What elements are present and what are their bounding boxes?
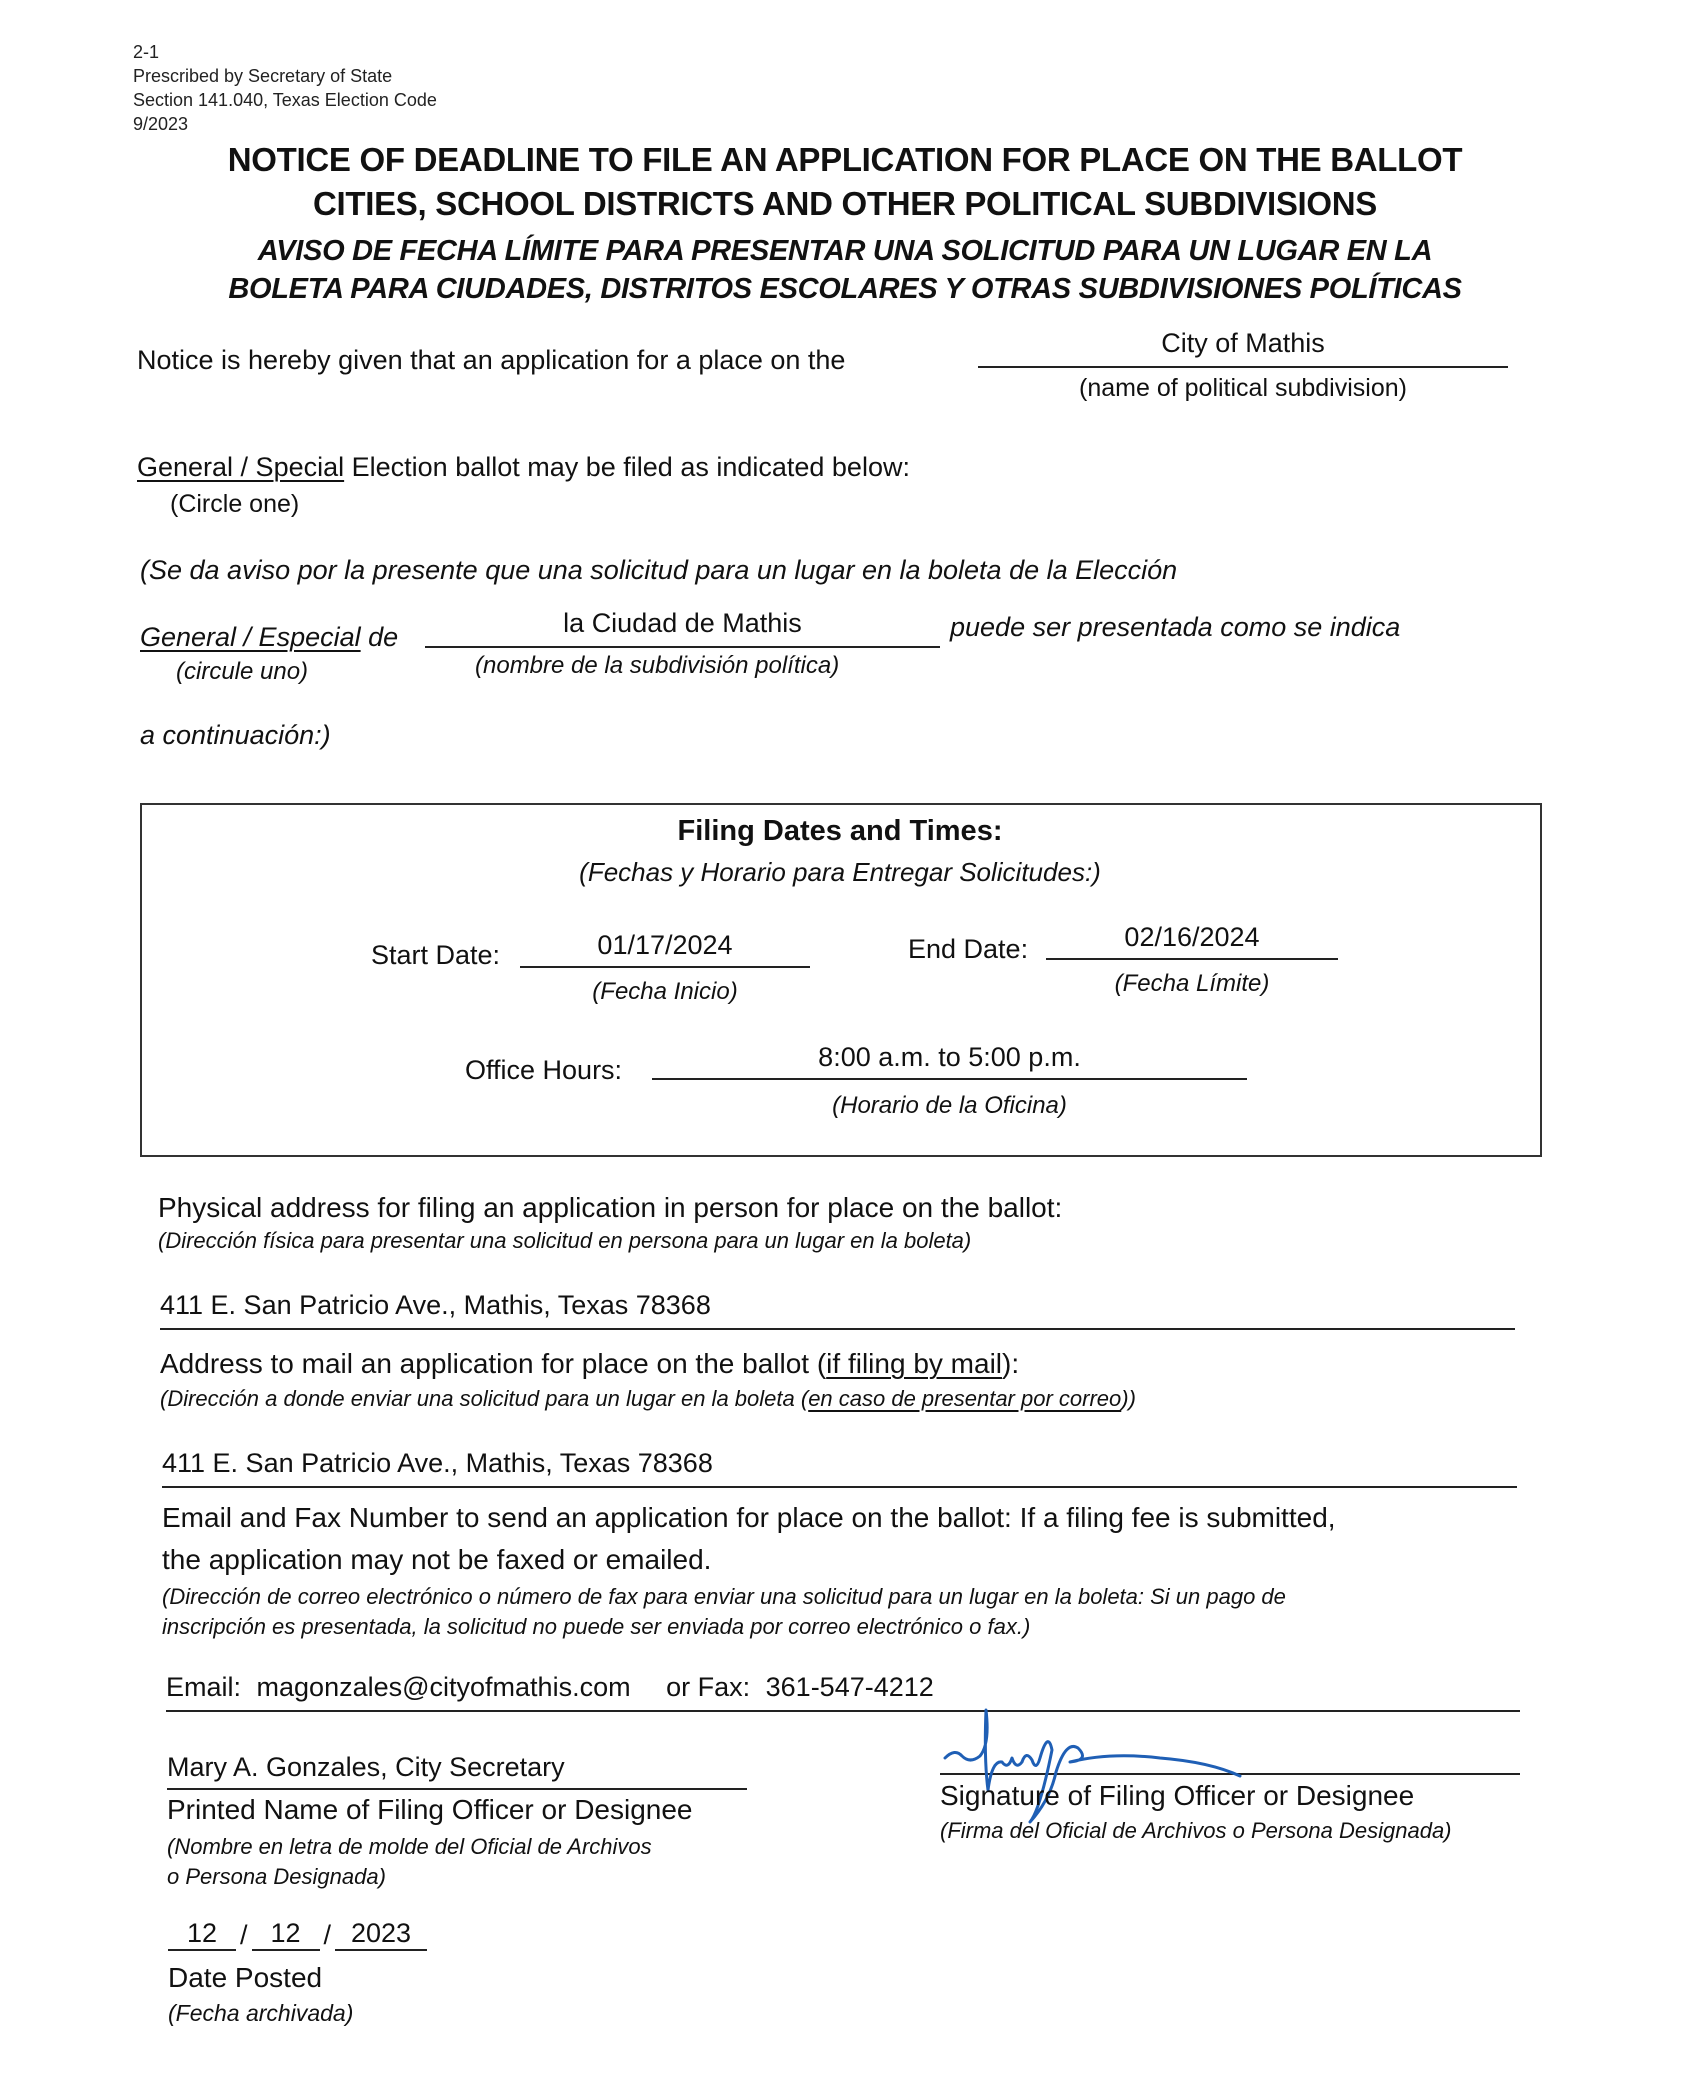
- date-posted-field: 12 / 12 / 2023: [168, 1918, 427, 1951]
- circle-one-caption: (Circle one): [170, 490, 299, 519]
- office-hours-label: Office Hours:: [465, 1055, 622, 1086]
- filing-heading: Filing Dates and Times:: [140, 815, 1540, 848]
- signature-caption: Signature of Filing Officer or Designee: [940, 1780, 1414, 1812]
- end-date-label: End Date:: [908, 934, 1028, 965]
- mail-address-label: Address to mail an application for place…: [160, 1348, 1019, 1380]
- signature-caption-es: (Firma del Oficial de Archivos o Persona…: [940, 1818, 1452, 1844]
- es-de: de: [368, 622, 398, 652]
- page-title-es-line2: BOLETA PARA CIUDADES, DISTRITOS ESCOLARE…: [120, 270, 1570, 308]
- mail-label-es-underlined: en caso de presentar por correo: [808, 1386, 1121, 1411]
- page-title-es-line1: AVISO DE FECHA LÍMITE PARA PRESENTAR UNA…: [120, 232, 1570, 270]
- fax-value[interactable]: 361-547-4212: [766, 1672, 934, 1702]
- physical-address-field[interactable]: 411 E. San Patricio Ave., Mathis, Texas …: [160, 1290, 1515, 1330]
- printed-name-caption-es-1: (Nombre en letra de molde del Oficial de…: [167, 1834, 652, 1860]
- email-fax-label-es-line1: (Dirección de correo electrónico o númer…: [162, 1584, 1286, 1610]
- es-continuation: a continuación:): [140, 720, 331, 751]
- es-election-type-line: General / Especial de: [140, 622, 398, 653]
- statute-section: Section 141.040, Texas Election Code: [133, 88, 437, 112]
- es-election-type-choice[interactable]: General / Especial: [140, 622, 361, 652]
- physical-address-label-es: (Dirección física para presentar una sol…: [158, 1228, 971, 1254]
- date-separator: /: [324, 1920, 332, 1951]
- date-posted-caption-es: (Fecha archivada): [168, 2000, 353, 2027]
- email-fax-label-es-line2: inscripción es presentada, la solicitud …: [162, 1614, 1030, 1640]
- mail-address-field[interactable]: 411 E. San Patricio Ave., Mathis, Texas …: [162, 1448, 1517, 1488]
- notice-intro: Notice is hereby given that an applicati…: [137, 345, 845, 376]
- es-subdivision-field[interactable]: la Ciudad de Mathis: [425, 608, 940, 648]
- form-number: 2-1: [133, 40, 437, 64]
- subdivision-caption: (name of political subdivision): [978, 374, 1508, 403]
- start-date-caption: (Fecha Inicio): [520, 978, 810, 1006]
- form-metadata: 2-1 Prescribed by Secretary of State Sec…: [133, 40, 437, 136]
- office-hours-caption: (Horario de la Oficina): [652, 1092, 1247, 1120]
- prescribed-by: Prescribed by Secretary of State: [133, 64, 437, 88]
- page-title-line2: CITIES, SCHOOL DISTRICTS AND OTHER POLIT…: [120, 182, 1570, 226]
- date-posted-caption: Date Posted: [168, 1962, 322, 1994]
- printed-name-caption: Printed Name of Filing Officer or Design…: [167, 1794, 693, 1826]
- email-value[interactable]: magonzales@cityofmathis.com: [257, 1672, 631, 1702]
- election-type-line: General / Special Election ballot may be…: [137, 452, 910, 483]
- date-posted-month[interactable]: 12: [168, 1918, 236, 1951]
- notice-es-intro: (Se da aviso por la presente que una sol…: [140, 555, 1177, 586]
- mail-address-label-es: (Dirección a donde enviar una solicitud …: [160, 1386, 1136, 1412]
- end-date-field[interactable]: 02/16/2024: [1046, 922, 1338, 960]
- form-revision: 9/2023: [133, 112, 437, 136]
- election-type-choice[interactable]: General / Special: [137, 452, 344, 482]
- email-label: Email:: [166, 1672, 241, 1702]
- date-posted-day[interactable]: 12: [252, 1918, 320, 1951]
- mail-label-pre: Address to mail an application for place…: [160, 1348, 826, 1379]
- email-fax-label-line1: Email and Fax Number to send an applicat…: [162, 1502, 1336, 1534]
- es-rest: puede ser presentada como se indica: [950, 612, 1400, 643]
- es-circle-one-caption: (circule uno): [176, 658, 308, 686]
- mail-label-es-post: )): [1121, 1386, 1136, 1411]
- date-separator: /: [240, 1920, 248, 1951]
- subdivision-field[interactable]: City of Mathis: [978, 328, 1508, 368]
- es-subdivision-caption: (nombre de la subdivisión política): [475, 652, 839, 680]
- page-title-line1: NOTICE OF DEADLINE TO FILE AN APPLICATIO…: [120, 138, 1570, 182]
- mail-label-underlined: if filing by mail: [826, 1348, 1002, 1379]
- end-date-caption: (Fecha Límite): [1046, 970, 1338, 998]
- mail-label-post: ):: [1002, 1348, 1019, 1379]
- office-hours-field[interactable]: 8:00 a.m. to 5:00 p.m.: [652, 1042, 1247, 1080]
- fax-label: or Fax:: [666, 1672, 750, 1702]
- email-fax-label-line2: the application may not be faxed or emai…: [162, 1544, 711, 1576]
- printed-name-field[interactable]: Mary A. Gonzales, City Secretary: [167, 1752, 747, 1790]
- start-date-label: Start Date:: [371, 940, 500, 971]
- filing-heading-es: (Fechas y Horario para Entregar Solicitu…: [140, 857, 1540, 888]
- date-posted-year[interactable]: 2023: [335, 1918, 427, 1951]
- election-type-rest: Election ballot may be filed as indicate…: [352, 452, 910, 482]
- start-date-field[interactable]: 01/17/2024: [520, 930, 810, 968]
- physical-address-label: Physical address for filing an applicati…: [158, 1192, 1062, 1224]
- printed-name-caption-es-2: o Persona Designada): [167, 1864, 386, 1890]
- mail-label-es-pre: (Dirección a donde enviar una solicitud …: [160, 1386, 808, 1411]
